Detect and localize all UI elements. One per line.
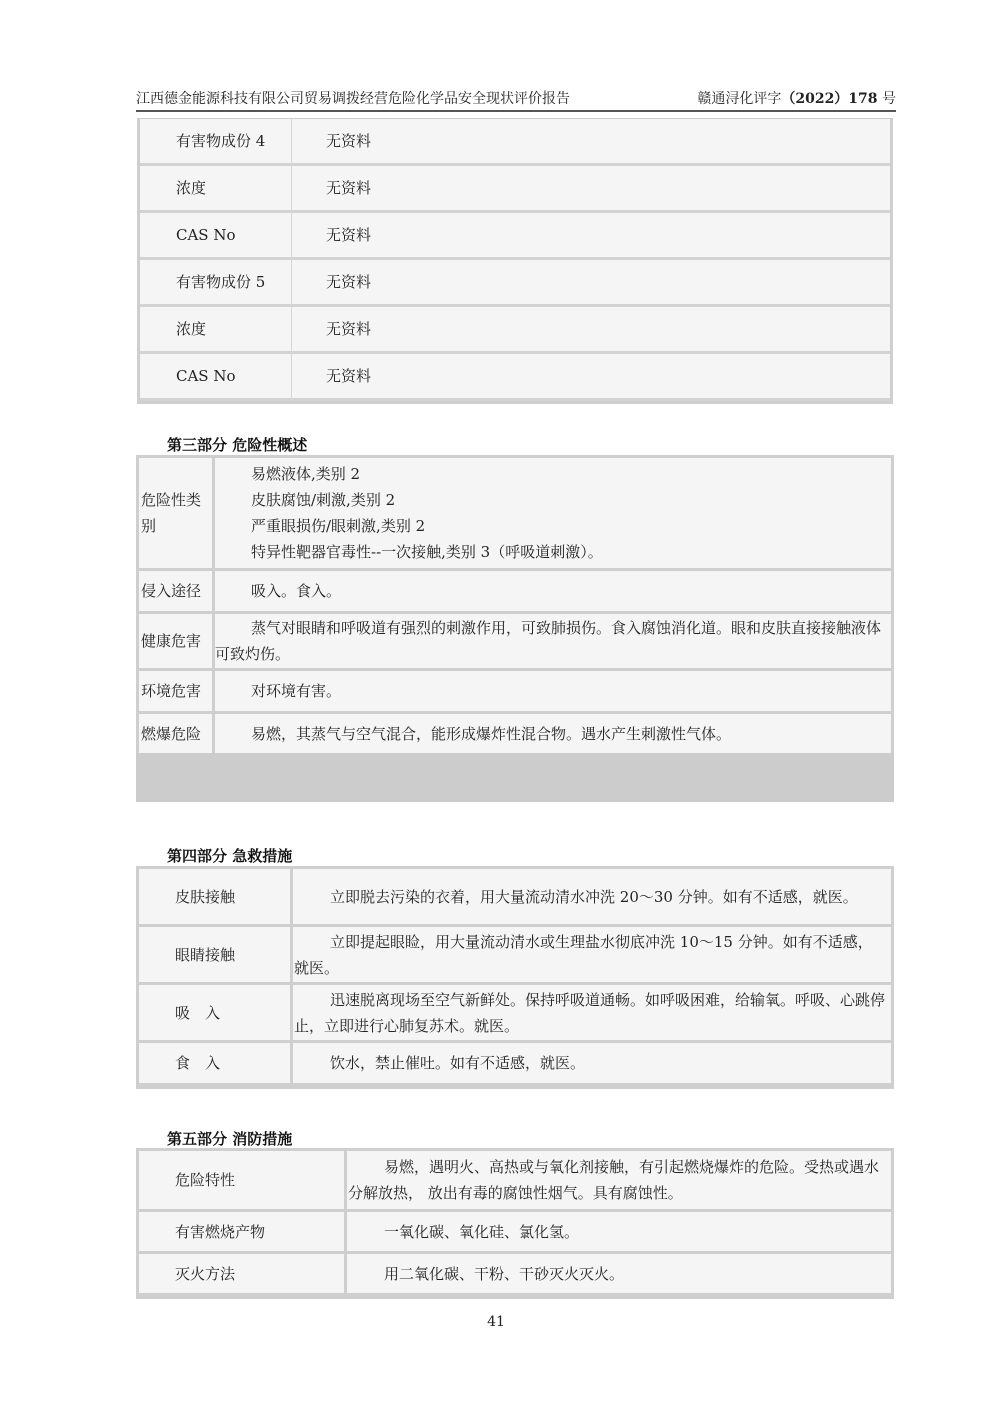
row-label: 灭火方法	[139, 1254, 347, 1296]
table-row: 有害物成份 5无资料	[140, 260, 890, 307]
row-value: 无资料	[292, 260, 890, 307]
row-label: 浓度	[140, 307, 292, 354]
hazard-class-line: 易燃液体,类别 2	[215, 461, 890, 487]
page-number: 41	[0, 1314, 992, 1330]
report-title: 江西德金能源科技有限公司贸易调拨经营危险化学品安全现状评价报告	[136, 88, 570, 108]
row-label: 吸 入	[139, 985, 293, 1043]
row-value: 无资料	[292, 354, 890, 401]
row-value: 吸入。食入。	[215, 571, 891, 614]
composition-table: 有害物成份 4无资料 浓度无资料 CAS No无资料 有害物成份 5无资料 浓度…	[137, 118, 893, 404]
header-divider	[136, 110, 896, 112]
row-value: 立即脱去污染的衣着，用大量流动清水冲洗 20～30 分钟。如有不适感，就医。	[293, 869, 891, 927]
row-label: 有害燃烧产物	[139, 1212, 347, 1254]
first-aid-table: 皮肤接触立即脱去污染的衣着，用大量流动清水冲洗 20～30 分钟。如有不适感，就…	[136, 866, 894, 1089]
row-value: 立即提起眼睑，用大量流动清水或生理盐水彻底冲洗 10～15 分钟。如有不适感，就…	[293, 927, 891, 985]
row-label: 危险特性	[139, 1151, 347, 1212]
table-row: 浓度无资料	[140, 166, 890, 213]
page-header: 江西德金能源科技有限公司贸易调拨经营危险化学品安全现状评价报告 赣通浔化评字（2…	[136, 88, 896, 108]
table-row: 燃爆危险易燃，其蒸气与空气混合，能形成爆炸性混合物。遇水产生刺激性气体。	[139, 714, 891, 757]
table-row: 有害物成份 4无资料	[140, 119, 890, 166]
row-value: 迅速脱离现场至空气新鲜处。保持呼吸道通畅。如呼吸困难，给输氧。呼吸、心跳停止，立…	[293, 985, 891, 1043]
row-label: 有害物成份 4	[140, 119, 292, 166]
row-label: 环境危害	[139, 671, 215, 714]
table-row: 吸 入迅速脱离现场至空气新鲜处。保持呼吸道通畅。如呼吸困难，给输氧。呼吸、心跳停…	[139, 985, 891, 1043]
section-4-title: 第四部分 急救措施	[167, 845, 292, 866]
table-row: 食 入饮水，禁止催吐。如有不适感，就医。	[139, 1043, 891, 1086]
table-row: 侵入途径吸入。食入。	[139, 571, 891, 614]
row-value: 一氧化碳、氧化硅、氯化氢。	[347, 1212, 891, 1254]
row-value: 无资料	[292, 166, 890, 213]
row-value: 无资料	[292, 119, 890, 166]
table-row: 危险特性易燃，遇明火、高热或与氧化剂接触，有引起燃烧爆炸的危险。受热或遇水分解放…	[139, 1151, 891, 1212]
table-row: 危险性类别 易燃液体,类别 2 皮肤腐蚀/刺激,类别 2 严重眼损伤/眼刺激,类…	[139, 458, 891, 571]
table-row: 环境危害对环境有害。	[139, 671, 891, 714]
hazard-class-line: 严重眼损伤/眼刺激,类别 2	[215, 513, 890, 539]
row-value: 用二氧化碳、干粉、干砂灭火灭火。	[347, 1254, 891, 1296]
row-label: 侵入途径	[139, 571, 215, 614]
section-5-title: 第五部分 消防措施	[167, 1128, 292, 1149]
empty-table-row	[136, 753, 894, 802]
row-value: 无资料	[292, 307, 890, 354]
row-label: 眼睛接触	[139, 927, 293, 985]
row-value: 对环境有害。	[215, 671, 891, 714]
row-label: CAS No	[140, 213, 292, 260]
firefighting-table: 危险特性易燃，遇明火、高热或与氧化剂接触，有引起燃烧爆炸的危险。受热或遇水分解放…	[136, 1148, 894, 1299]
hazard-class-line: 皮肤腐蚀/刺激,类别 2	[215, 487, 890, 513]
row-label: 健康危害	[139, 614, 215, 671]
row-value: 易燃，其蒸气与空气混合，能形成爆炸性混合物。遇水产生刺激性气体。	[215, 714, 891, 757]
table-row: CAS No无资料	[140, 354, 890, 401]
row-value: 蒸气对眼睛和呼吸道有强烈的刺激作用，可致肺损伤。食入腐蚀消化道。眼和皮肤直接接触…	[215, 614, 891, 671]
row-label: CAS No	[140, 354, 292, 401]
table-row: 有害燃烧产物一氧化碳、氧化硅、氯化氢。	[139, 1212, 891, 1254]
row-label: 食 入	[139, 1043, 293, 1086]
document-number: 赣通浔化评字（2022）178 号	[697, 88, 896, 108]
table-row: 健康危害蒸气对眼睛和呼吸道有强烈的刺激作用，可致肺损伤。食入腐蚀消化道。眼和皮肤…	[139, 614, 891, 671]
table-row: 皮肤接触立即脱去污染的衣着，用大量流动清水冲洗 20～30 分钟。如有不适感，就…	[139, 869, 891, 927]
row-label: 皮肤接触	[139, 869, 293, 927]
row-value: 无资料	[292, 213, 890, 260]
table-row: CAS No无资料	[140, 213, 890, 260]
row-label: 有害物成份 5	[140, 260, 292, 307]
hazard-class-line: 特异性靶器官毒性--一次接触,类别 3（呼吸道刺激）。	[215, 539, 890, 565]
section-3-title: 第三部分 危险性概述	[167, 434, 307, 455]
row-value: 易燃，遇明火、高热或与氧化剂接触，有引起燃烧爆炸的危险。受热或遇水分解放热， 放…	[347, 1151, 891, 1212]
row-label: 浓度	[140, 166, 292, 213]
row-label: 危险性类别	[139, 458, 215, 571]
hazard-overview-table: 危险性类别 易燃液体,类别 2 皮肤腐蚀/刺激,类别 2 严重眼损伤/眼刺激,类…	[136, 455, 894, 760]
row-value: 饮水，禁止催吐。如有不适感，就医。	[293, 1043, 891, 1086]
table-row: 浓度无资料	[140, 307, 890, 354]
hazard-class-list: 易燃液体,类别 2 皮肤腐蚀/刺激,类别 2 严重眼损伤/眼刺激,类别 2 特异…	[215, 458, 891, 571]
table-row: 眼睛接触立即提起眼睑，用大量流动清水或生理盐水彻底冲洗 10～15 分钟。如有不…	[139, 927, 891, 985]
table-row: 灭火方法用二氧化碳、干粉、干砂灭火灭火。	[139, 1254, 891, 1296]
row-label: 燃爆危险	[139, 714, 215, 757]
